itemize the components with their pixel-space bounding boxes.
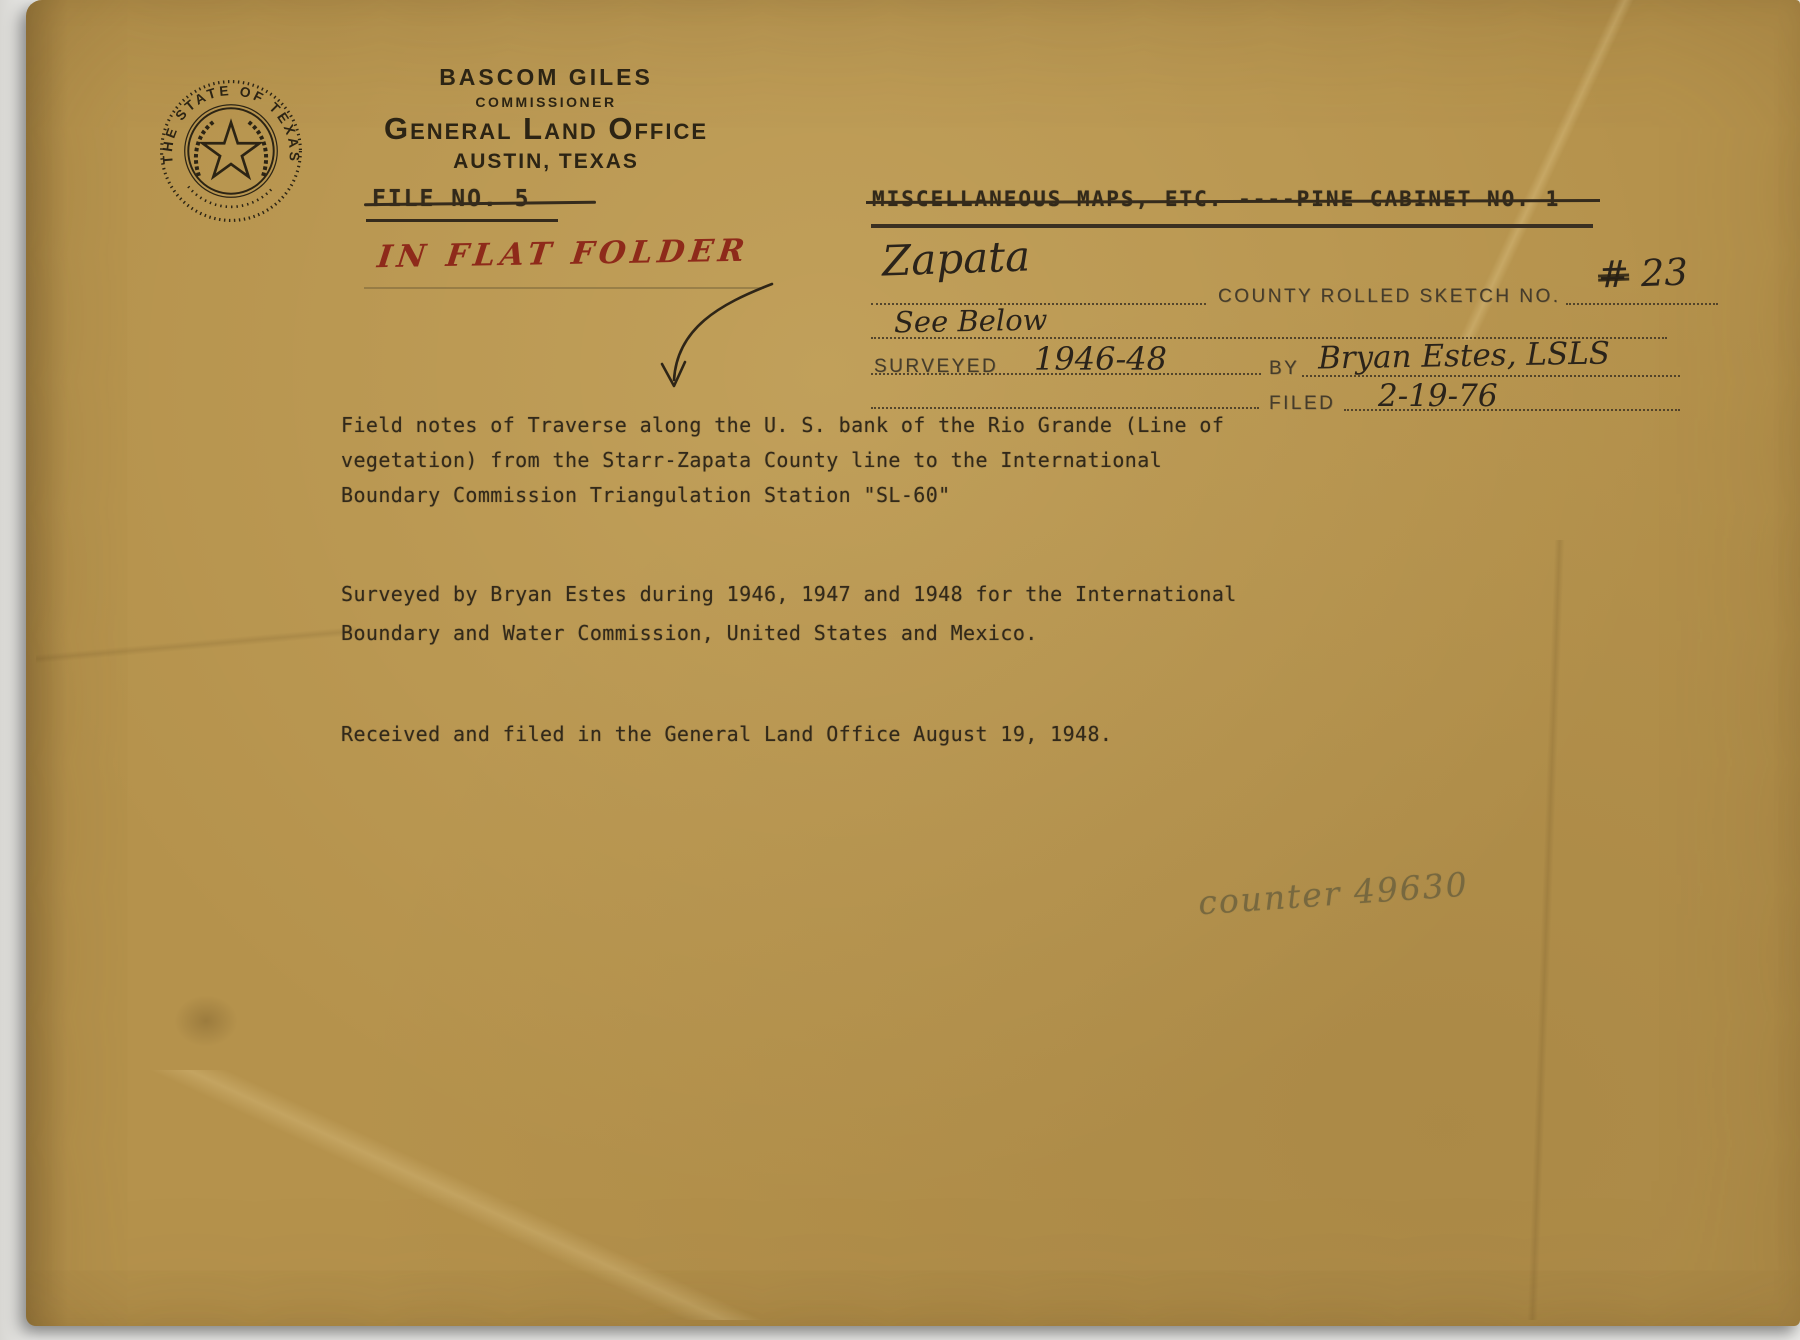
office-name: General Land Office xyxy=(326,111,766,147)
in-flat-folder-note: IN FLAT FOLDER xyxy=(375,233,751,275)
surveyed-by-paragraph: Surveyed by Bryan Estes during 1946, 194… xyxy=(341,575,1261,653)
commissioner-name: BASCOM GILES xyxy=(326,64,766,91)
paper-crease xyxy=(1476,540,1616,1320)
dotted-line xyxy=(1344,409,1680,411)
underline xyxy=(366,219,558,222)
file-number: FILE NO. 5 xyxy=(372,186,530,212)
hand-drawn-arrow xyxy=(622,276,802,408)
office-city: AUSTIN, TEXAS xyxy=(326,150,766,174)
underline xyxy=(871,224,1593,228)
texas-state-seal: THE STATE OF TEXAS xyxy=(142,60,320,242)
paper-stain xyxy=(174,995,238,1047)
envelope: THE STATE OF TEXAS BASCOM GILES COMMISSI… xyxy=(26,0,1800,1326)
filed-label: FILED xyxy=(1269,393,1335,415)
paragraph-line: Surveyed by Bryan Estes during 1946, 194… xyxy=(341,575,1261,614)
paper-crease xyxy=(36,600,356,690)
scan-background: THE STATE OF TEXAS BASCOM GILES COMMISSI… xyxy=(0,0,1800,1340)
seal-wreath-right xyxy=(247,121,266,176)
paper-crease xyxy=(66,1070,846,1320)
dotted-line xyxy=(1302,375,1680,377)
by-label: BY xyxy=(1269,358,1299,380)
dotted-line xyxy=(1566,303,1718,305)
letterhead: BASCOM GILES COMMISSIONER General Land O… xyxy=(326,64,766,174)
paragraph-line: vegetation) from the Starr-Zapata County… xyxy=(341,443,1261,478)
paragraph-line: Boundary Commission Triangulation Statio… xyxy=(341,478,1261,513)
sketch-number-value: # 23 xyxy=(1597,250,1688,296)
sketch-number: 23 xyxy=(1640,250,1689,295)
paragraph-line: Boundary and Water Commission, United St… xyxy=(341,614,1261,653)
seal-wreath-left xyxy=(196,121,215,176)
see-below-note: See Below xyxy=(894,303,1048,340)
seal-star xyxy=(202,123,259,177)
county-value: Zapata xyxy=(881,231,1031,285)
struck-hash-symbol: # xyxy=(1597,252,1629,296)
paragraph-line: Field notes of Traverse along the U. S. … xyxy=(341,408,1261,443)
paragraph-line: Received and filed in the General Land O… xyxy=(341,717,1261,752)
received-filed-paragraph: Received and filed in the General Land O… xyxy=(341,717,1261,752)
field-notes-paragraph: Field notes of Traverse along the U. S. … xyxy=(341,408,1261,513)
dotted-line xyxy=(871,373,1261,375)
counter-number-note: counter 49630 xyxy=(1197,865,1470,923)
county-rolled-sketch-label: COUNTY ROLLED SKETCH NO. xyxy=(1218,286,1561,308)
commissioner-title: COMMISSIONER xyxy=(326,94,766,110)
surveyor-name-value: Bryan Estes, LSLS xyxy=(1318,335,1611,376)
